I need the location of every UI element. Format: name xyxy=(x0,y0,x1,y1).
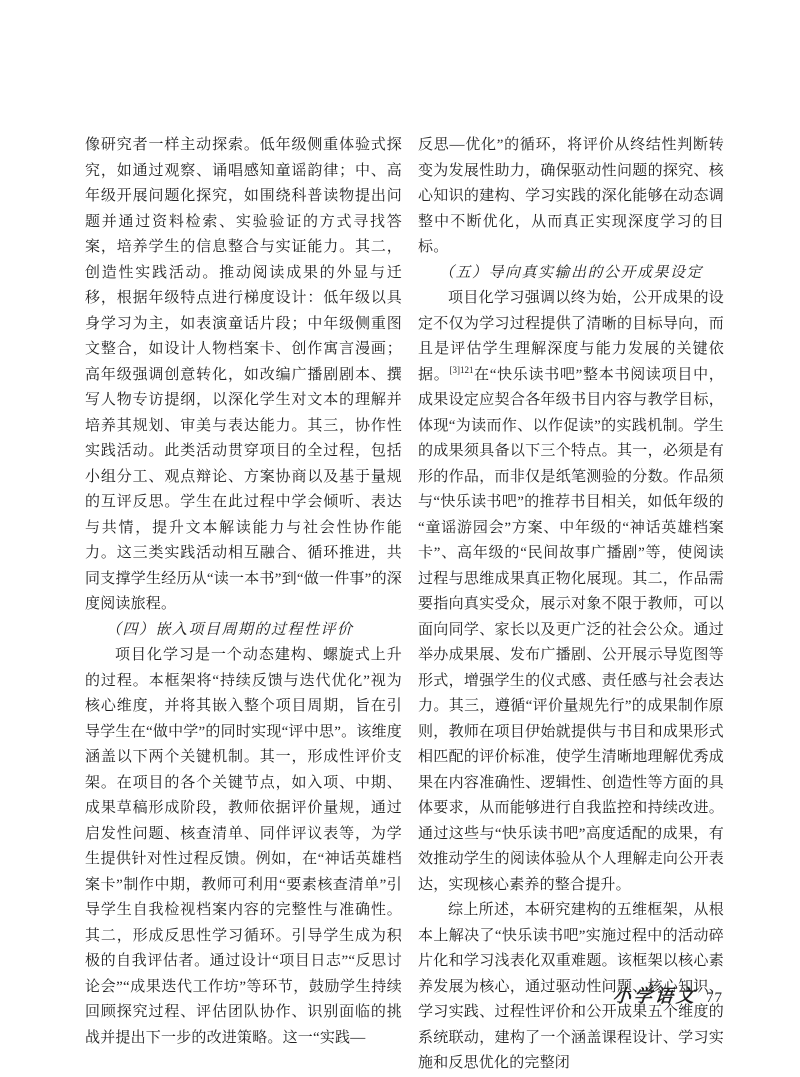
page-footer: 小学语文 77 xyxy=(613,982,723,1008)
paragraph-text-rest: 在“快乐读书吧”整本书阅读项目中，成果设定应契合各年级书目内容与教学目标，体现“… xyxy=(418,367,724,893)
journal-page: 像研究者一样主动探索。低年级侧重体验式探究，如通过观察、诵唱感知童谣韵律；中、高… xyxy=(0,0,800,1077)
text-column-left: 像研究者一样主动探索。低年级侧重体验式探究，如通过观察、诵唱感知童谣韵律；中、高… xyxy=(85,133,402,1051)
page-number: 77 xyxy=(706,990,723,1007)
section-heading-five: （五）导向真实输出的公开成果设定 xyxy=(418,261,724,287)
paragraph-body-with-citation: 项目化学习强调以终为始，公开成果的设定不仅为学习过程提供了清晰的目标导向，而且是… xyxy=(418,286,724,898)
journal-logo: 小学语文 xyxy=(612,982,698,1008)
paragraph-continuation: 像研究者一样主动探索。低年级侧重体验式探究，如通过观察、诵唱感知童谣韵律；中、高… xyxy=(85,133,402,618)
paragraph-continuation: 反思—优化”的循环，将评价从终结性判断转变为发展性助力，确保驱动性问题的探究、核… xyxy=(418,133,724,261)
section-heading-four: （四）嵌入项目周期的过程性评价 xyxy=(85,618,402,644)
text-column-right: 反思—优化”的循环，将评价从终结性判断转变为发展性助力，确保驱动性问题的探究、核… xyxy=(418,133,724,1077)
paragraph-body: 项目化学习是一个动态建构、螺旋式上升的过程。本框架将“持续反馈与迭代优化”视为核… xyxy=(85,643,402,1051)
citation-marker: [3]121 xyxy=(449,365,473,375)
